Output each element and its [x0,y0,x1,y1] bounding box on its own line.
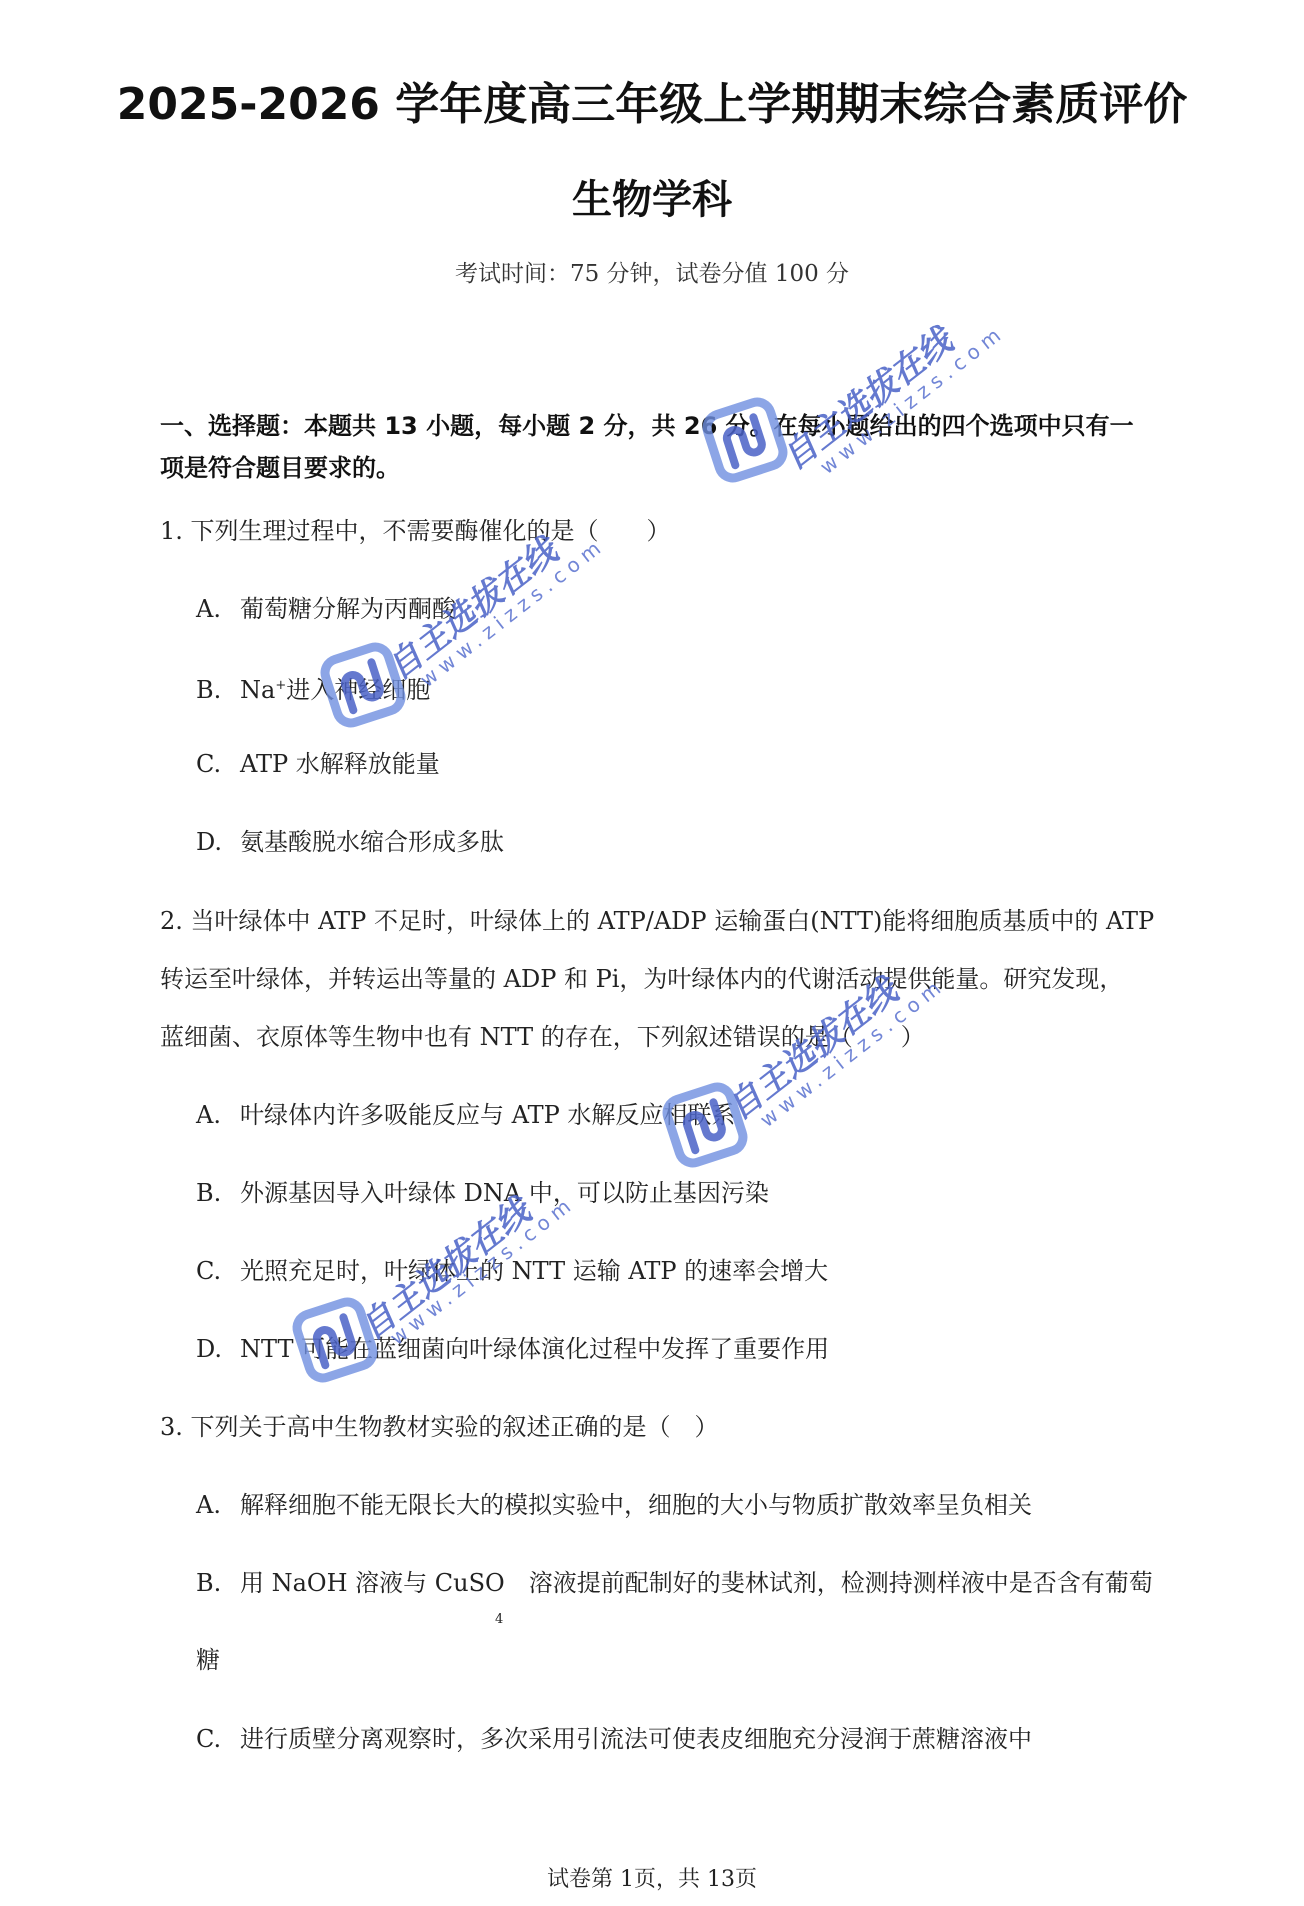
question-2-stem-line-1: 2. 当叶绿体中 ATP 不足时，叶绿体上的 ATP/ADP 运输蛋白(NTT)… [160,906,1154,936]
question-number: 3. [160,1413,183,1441]
option-label: A. [196,1490,240,1520]
option-text: 氨基酸脱水缩合形成多肽 [240,828,504,856]
option-text: ATP 水解释放能量 [240,750,440,778]
question-3-option-c: C.进行质壁分离观察时，多次采用引流法可使表皮细胞充分浸润于蔗糖溶液中 [196,1724,1032,1754]
section-heading-line-2: 项是符合题目要求的。 [160,447,1180,489]
superscript: + [275,678,286,693]
subject-title: 生物学科 [0,168,1304,225]
question-3-stem: 3. 下列关于高中生物教材实验的叙述正确的是（ ） [160,1412,719,1442]
question-3-option-b: B.用 NaOH 溶液与 CuSO 溶液提前配制好的斐林试剂，检测持测样液中是否… [196,1568,1153,1598]
question-1-option-d: D.氨基酸脱水缩合形成多肽 [196,827,504,857]
option-text: 进行质壁分离观察时，多次采用引流法可使表皮细胞充分浸润于蔗糖溶液中 [240,1725,1032,1753]
option-label: A. [196,1100,240,1130]
option-label: B. [196,1568,240,1598]
option-text: 解释细胞不能无限长大的模拟实验中，细胞的大小与物质扩散效率呈负相关 [240,1491,1032,1519]
question-2-stem-line-2: 转运至叶绿体，并转运出等量的 ADP 和 Pi，为叶绿体内的代谢活动提供能量。研… [160,964,1123,994]
question-text: 下列关于高中生物教材实验的叙述正确的是（ ） [191,1413,719,1441]
option-text: 用 NaOH 溶液与 CuSO 溶液提前配制好的斐林试剂，检测持测样液中是否含有… [240,1569,1153,1597]
option-text: 光照充足时，叶绿体上的 NTT 运输 ATP 的速率会增大 [240,1257,828,1285]
option-label: D. [196,827,240,857]
question-3-option-a: A.解释细胞不能无限长大的模拟实验中，细胞的大小与物质扩散效率呈负相关 [196,1490,1032,1520]
option-label: C. [196,1724,240,1754]
exam-title: 2025-2026 学年度高三年级上学期期末综合素质评价 [0,68,1304,132]
option-label: C. [196,749,240,779]
question-number: 1. [160,517,183,545]
option-text: NTT 可能在蓝细菌向叶绿体演化过程中发挥了重要作用 [240,1335,829,1363]
exam-page: 2025-2026 学年度高三年级上学期期末综合素质评价 生物学科 考试时间：7… [0,0,1304,1906]
question-3-option-b-continuation: 糖 [196,1645,220,1675]
question-2-option-d: D.NTT 可能在蓝细菌向叶绿体演化过程中发挥了重要作用 [196,1334,829,1364]
option-label: C. [196,1256,240,1286]
option-label: D. [196,1334,240,1364]
page-footer: 试卷第 1页，共 13页 [0,1862,1304,1893]
option-text-prefix: Na [240,676,275,704]
question-1-option-c: C.ATP 水解释放能量 [196,749,440,779]
option-label: A. [196,594,240,624]
section-heading: 一、选择题：本题共 13 小题，每小题 2 分，共 26 分。在每小题给出的四个… [160,405,1180,489]
section-heading-line-1: 一、选择题：本题共 13 小题，每小题 2 分，共 26 分。在每小题给出的四个… [160,405,1180,447]
question-2-option-a: A.叶绿体内许多吸能反应与 ATP 水解反应相联系 [196,1100,735,1130]
exam-info: 考试时间：75 分钟，试卷分值 100 分 [0,255,1304,288]
subscript-4: 4 [495,1612,503,1627]
option-text: 叶绿体内许多吸能反应与 ATP 水解反应相联系 [240,1101,735,1129]
option-label: B. [196,1178,240,1208]
option-label: B. [196,675,240,705]
